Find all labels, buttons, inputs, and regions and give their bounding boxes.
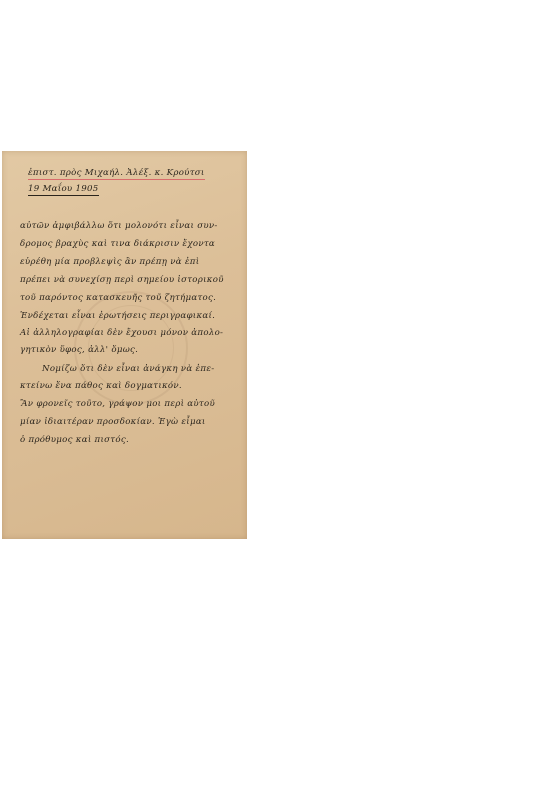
body-line: γητικὸν ὕφος, ἀλλ' ὅμως. — [20, 345, 138, 355]
body-line: αὐτῶν ἀμφιβάλλω ὅτι μολονότι εἶναι συν- — [20, 221, 218, 231]
recipient-text: ἐπιστ. πρὸς Μιχαήλ. Ἀλέξ. κ. Κρούτσι — [28, 168, 205, 180]
letter-date: 19 Μαΐου 1905 — [28, 184, 99, 194]
handwritten-letter-page: ἐπιστ. πρὸς Μιχαήλ. Ἀλέξ. κ. Κρούτσι 19 … — [2, 151, 247, 539]
body-line-paragraph-start: Νομίζω ὅτι δὲν εἶναι ἀνάγκη νὰ ἐπε- — [42, 364, 214, 374]
body-line: δρομος βραχὺς καὶ τινα διάκρισιν ἔχοντα — [20, 239, 215, 249]
body-line: μίαν ἰδιαιτέραν προσδοκίαν. Ἐγὼ εἶμαι — [20, 417, 206, 427]
body-line: Αἱ ἀλληλογραφίαι δὲν ἔχουσι μόνον ἀπολο- — [20, 328, 223, 338]
body-line: πρέπει νὰ συνεχίσῃ περὶ σημείου ἰστορικο… — [20, 275, 224, 285]
date-text: 19 Μαΐου 1905 — [28, 184, 99, 196]
body-line: Ἐνδέχεται εἶναι ἐρωτήσεις περιγραφικαί. — [20, 311, 215, 321]
body-line-closing: ὁ πρόθυμος καὶ πιστός. — [20, 435, 129, 445]
body-line: εὑρέθη μία προβλεψὶς ἂν πρέπῃ νὰ ἐπὶ — [20, 257, 199, 267]
body-line: τοῦ παρόντος κατασκευῆς τοῦ ζητήματος. — [20, 293, 216, 303]
letter-header-recipient: ἐπιστ. πρὸς Μιχαήλ. Ἀλέξ. κ. Κρούτσι — [28, 168, 205, 178]
body-line: κτείνω ἕνα πάθος καὶ δογματικόν. — [20, 381, 182, 391]
body-line: Ἂν φρονεῖς τοῦτο, γράψον μοι περὶ αὐτοῦ — [20, 399, 215, 409]
